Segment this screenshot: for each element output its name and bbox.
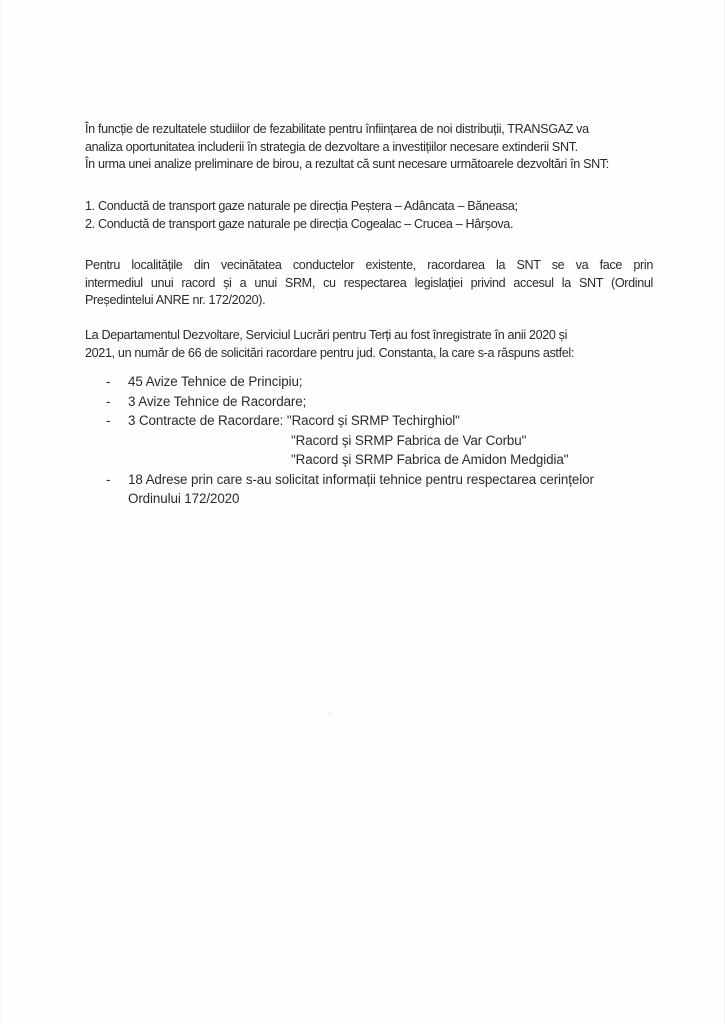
localities-paragraph: Pentru localitățile din vecinătatea cond…: [85, 257, 653, 310]
intro-line: În urma unei analize preliminare de biro…: [85, 156, 653, 174]
bullet-dash: -: [106, 411, 110, 431]
document-page: În funcție de rezultatele studiilor de f…: [0, 0, 725, 1024]
list-item-continuation: Ordinului 172/2020: [85, 489, 665, 509]
contract-continuation: "Racord și SRMP Fabrica de Var Corbu": [85, 431, 665, 451]
list-item: - 45 Avize Tehnice de Principiu;: [85, 372, 665, 392]
list-item-text: 3 Contracte de Racordare: "Racord și SRM…: [128, 413, 460, 428]
paragraph-line: Pentru localitățile din vecinătatea cond…: [85, 257, 653, 275]
list-item: - 3 Avize Tehnice de Racordare;: [85, 392, 665, 412]
list-item-text: 18 Adrese prin care s-au solicitat infor…: [128, 472, 594, 487]
department-paragraph: La Departamentul Dezvoltare, Serviciul L…: [85, 327, 653, 362]
intro-line: analiza oportunitatea includerii în stra…: [85, 139, 653, 157]
scan-speck: [328, 712, 332, 716]
bullet-dash: -: [106, 372, 110, 392]
intro-line: În funcție de rezultatele studiilor de f…: [85, 121, 653, 139]
paragraph-line: La Departamentul Dezvoltare, Serviciul L…: [85, 327, 653, 345]
paragraph-line: Președintelui ANRE nr. 172/2020).: [85, 292, 653, 310]
development-item: 2. Conductă de transport gaze naturale p…: [85, 216, 653, 234]
list-item: - 3 Contracte de Racordare: "Racord și S…: [85, 411, 665, 431]
paragraph-line: intermediul unui racord și a unui SRM, c…: [85, 275, 653, 293]
responses-list: - 45 Avize Tehnice de Principiu; - 3 Avi…: [85, 372, 665, 509]
intro-paragraph: În funcție de rezultatele studiilor de f…: [85, 121, 653, 174]
bullet-dash: -: [106, 392, 110, 412]
contract-continuation: "Racord și SRMP Fabrica de Amidon Medgid…: [85, 450, 665, 470]
list-item-text: 45 Avize Tehnice de Principiu;: [128, 374, 302, 389]
developments-list: 1. Conductă de transport gaze naturale p…: [85, 198, 653, 233]
list-item-text: 3 Avize Tehnice de Racordare;: [128, 394, 306, 409]
list-item: - 18 Adrese prin care s-au solicitat inf…: [85, 470, 665, 490]
paragraph-line: 2021, un număr de 66 de solicitări racor…: [85, 345, 653, 363]
development-item: 1. Conductă de transport gaze naturale p…: [85, 198, 653, 216]
bullet-dash: -: [106, 470, 110, 490]
